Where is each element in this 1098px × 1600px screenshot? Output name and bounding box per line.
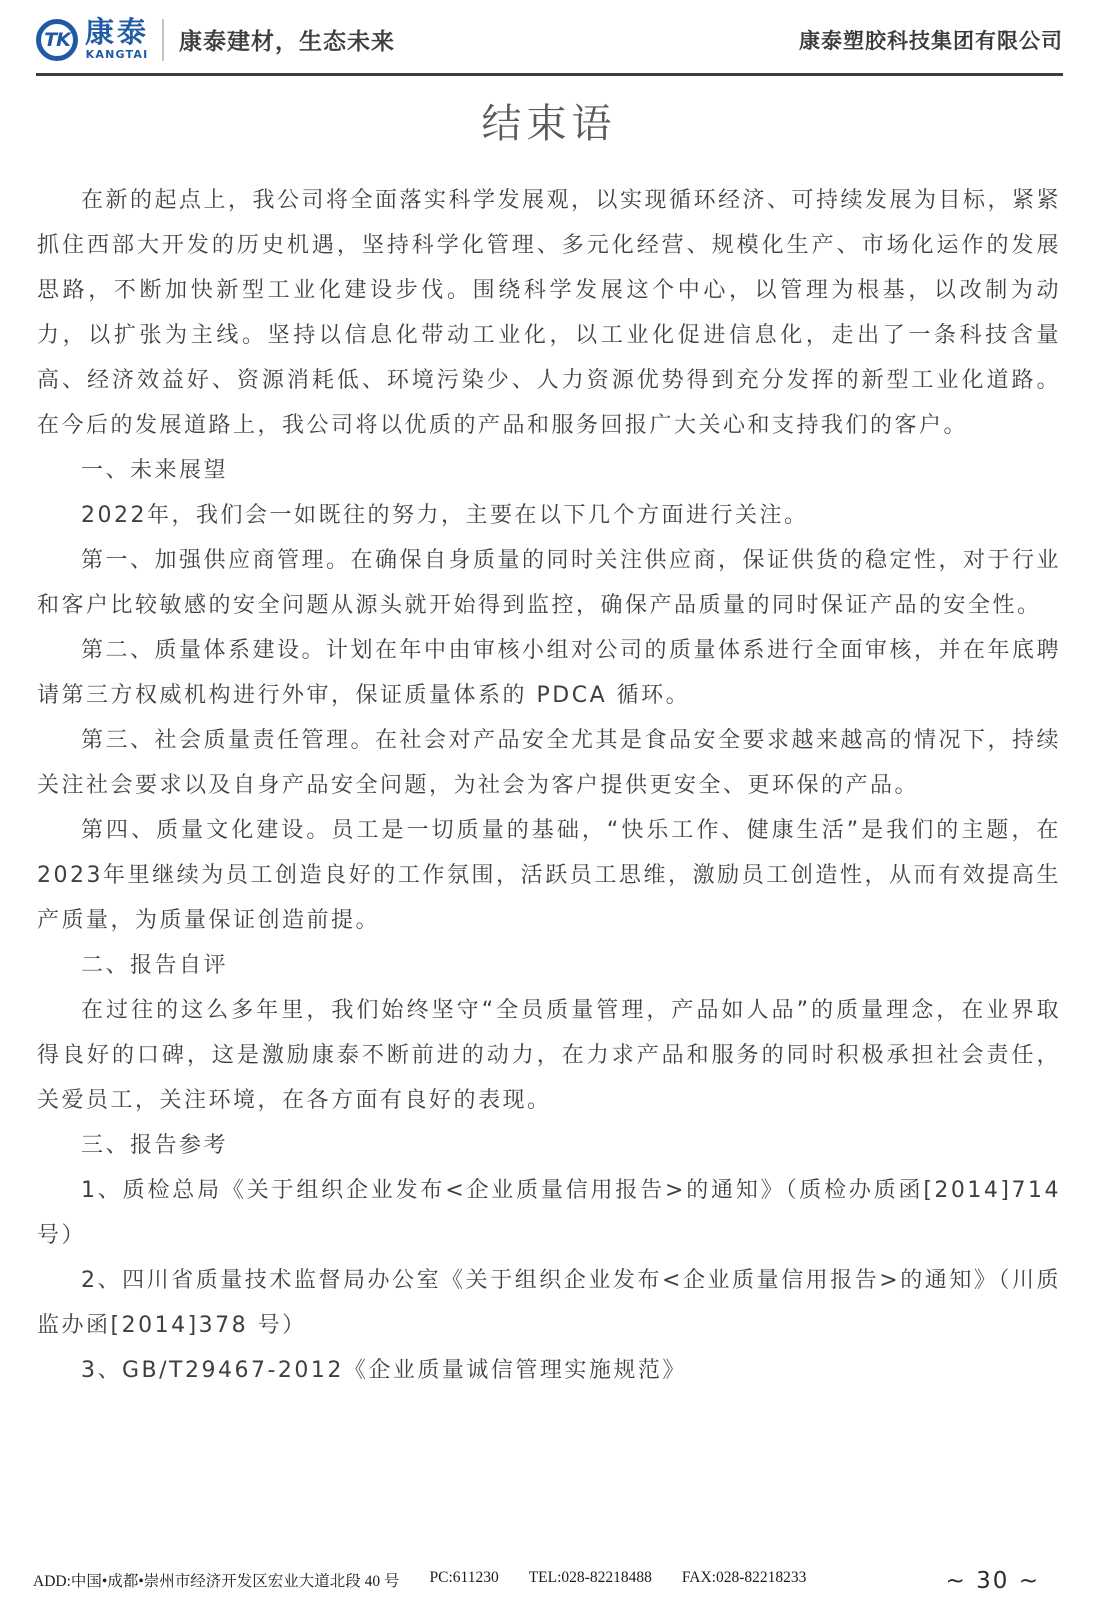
paragraph: 在新的起点上，我公司将全面落实科学发展观，以实现循环经济、可持续发展为目标，紧紧… [37,178,1061,448]
brand-block: 康泰 KANGTAI [85,18,149,61]
header-divider [162,19,164,61]
reference-item: 2、四川省质量技术监督局办公室《关于组织企业发布<企业质量信用报告>的通知》（川… [37,1258,1061,1348]
document-body: 在新的起点上，我公司将全面落实科学发展观，以实现循环经济、可持续发展为目标，紧紧… [37,178,1061,1393]
section-heading: 二、报告自评 [37,943,1061,988]
page-number: ~ 30 ~ [946,1568,1040,1594]
paragraph: 第一、加强供应商管理。在确保自身质量的同时关注供应商，保证供货的稳定性，对于行业… [37,538,1061,628]
page-title: 结束语 [0,92,1098,149]
paragraph: 第四、质量文化建设。员工是一切质量的基础，“快乐工作、健康生活”是我们的主题，在… [37,808,1061,943]
company-tagline: 康泰建材，生态未来 [179,23,395,56]
tk-logo-icon: TK [36,19,78,61]
document-page: TK 康泰 KANGTAI 康泰建材，生态未来 康泰塑胶科技集团有限公司 结束语… [0,0,1098,1600]
footer-contact-info: ADD:中国•成都•崇州市经济开发区宏业大道北段 40 号 PC:611230 … [33,1569,806,1594]
company-name: 康泰塑胶科技集团有限公司 [799,25,1063,55]
footer-address: ADD:中国•成都•崇州市经济开发区宏业大道北段 40 号 [33,1569,400,1591]
paragraph: 在过往的这么多年里，我们始终坚守“全员质量管理，产品如人品”的质量理念，在业界取… [37,988,1061,1123]
brand-name-en: KANGTAI [86,48,149,61]
reference-item: 3、GB/T29467-2012《企业质量诚信管理实施规范》 [37,1348,1061,1393]
section-heading: 三、报告参考 [37,1123,1061,1168]
reference-item: 1、质检总局《关于组织企业发布<企业质量信用报告>的通知》（质检办质函[2014… [37,1168,1061,1258]
page-header: TK 康泰 KANGTAI 康泰建材，生态未来 康泰塑胶科技集团有限公司 [36,0,1063,76]
footer-fax: FAX:028-82218233 [682,1569,807,1591]
paragraph: 第二、质量体系建设。计划在年中由审核小组对公司的质量体系进行全面审核，并在年底聘… [37,628,1061,718]
section-heading: 一、未来展望 [37,448,1061,493]
paragraph: 第三、社会质量责任管理。在社会对产品安全尤其是食品安全要求越来越高的情况下，持续… [37,718,1061,808]
footer-postcode: PC:611230 [430,1569,499,1591]
page-footer: ADD:中国•成都•崇州市经济开发区宏业大道北段 40 号 PC:611230 … [33,1568,1062,1594]
brand-name-cn: 康泰 [85,18,149,47]
kangtai-logo: TK 康泰 KANGTAI 康泰建材，生态未来 [36,18,395,61]
paragraph: 2022年，我们会一如既往的努力，主要在以下几个方面进行关注。 [37,493,1061,538]
footer-tel: TEL:028-82218488 [529,1569,652,1591]
